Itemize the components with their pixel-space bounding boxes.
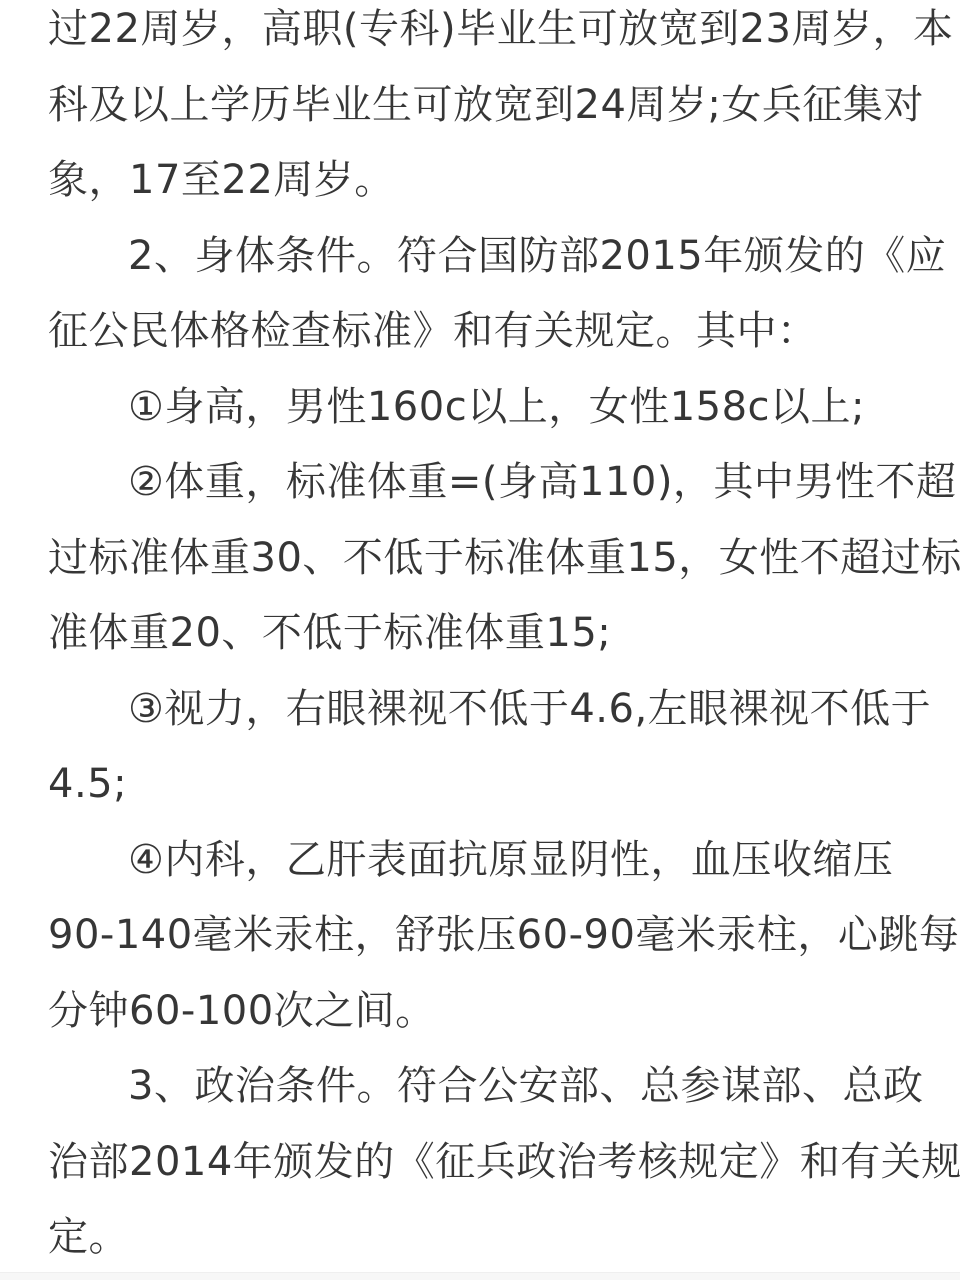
text-line: ①身高，男性160c以上，女性158c以上; xyxy=(48,370,932,446)
bottom-divider xyxy=(0,1272,960,1280)
text-line: ③视力，右眼裸视不低于4.6,左眼裸视不低于 xyxy=(48,672,932,748)
text-line: 准体重20、不低于标准体重15; xyxy=(48,596,932,672)
text-line: 征公民体格检查标准》和有关规定。其中： xyxy=(48,294,932,370)
text-line: 4.5; xyxy=(48,747,932,823)
text-line: 2、身体条件。符合国防部2015年颁发的《应 xyxy=(48,219,932,295)
text-line: 治部2014年颁发的《征兵政治考核规定》和有关规 xyxy=(48,1125,932,1201)
text-line: 过22周岁，高职(专科)毕业生可放宽到23周岁，本 xyxy=(48,0,932,68)
document-body: 过22周岁，高职(专科)毕业生可放宽到23周岁，本科及以上学历毕业生可放宽到24… xyxy=(48,0,932,1276)
text-line: 过标准体重30、不低于标准体重15，女性不超过标 xyxy=(48,521,932,597)
text-line: ②体重，标准体重=(身高110)，其中男性不超 xyxy=(48,445,932,521)
text-line: 3、政治条件。符合公安部、总参谋部、总政 xyxy=(48,1049,932,1125)
text-line: 分钟60-100次之间。 xyxy=(48,974,932,1050)
text-line: 90-140毫米汞柱，舒张压60-90毫米汞柱，心跳每 xyxy=(48,898,932,974)
text-line: 科及以上学历毕业生可放宽到24周岁;女兵征集对 xyxy=(48,68,932,144)
text-line: 象，17至22周岁。 xyxy=(48,143,932,219)
text-line: 定。 xyxy=(48,1200,932,1276)
text-line: ④内科，乙肝表面抗原显阴性，血压收缩压 xyxy=(48,823,932,899)
